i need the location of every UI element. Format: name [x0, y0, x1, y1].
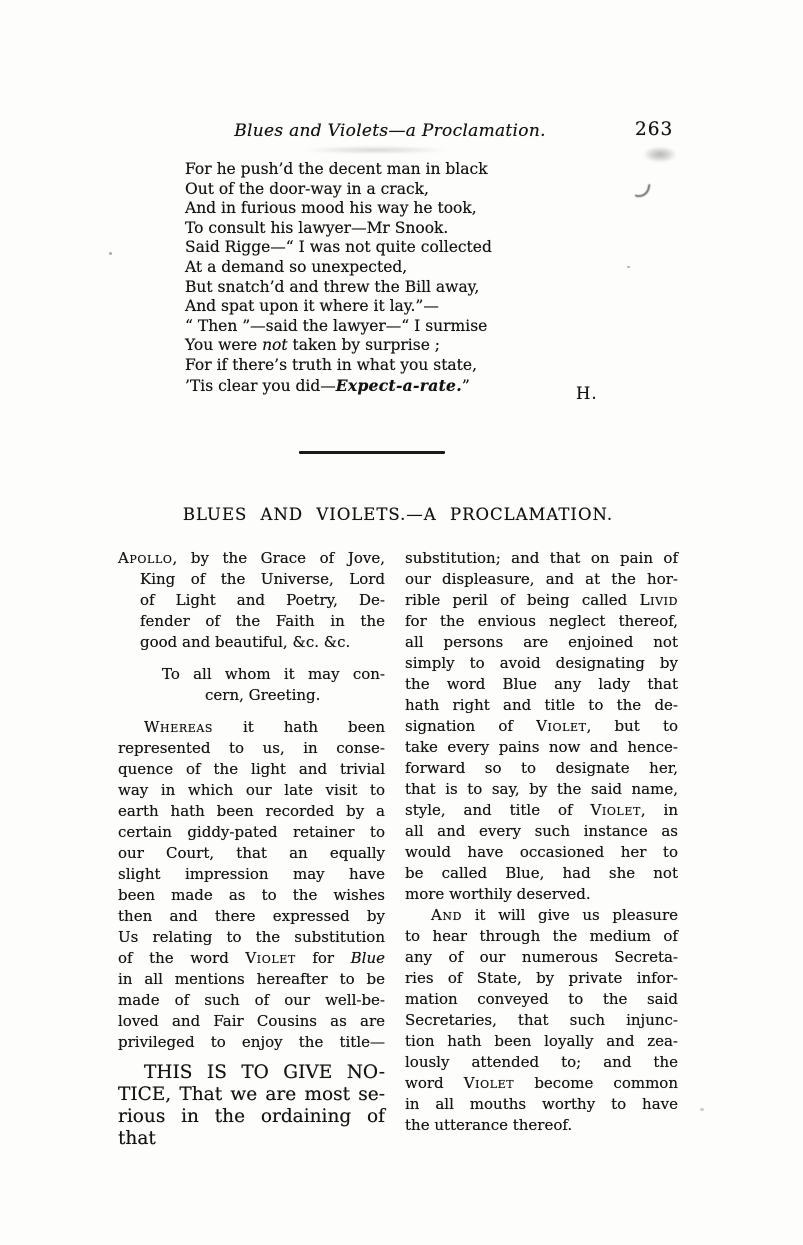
text-line: style, and title of Violet, in: [405, 800, 678, 821]
text-line: To all whom it may con-: [118, 664, 385, 685]
paragraph-notice: THIS IS TO GIVE NO- TICE, That we are mo…: [118, 1062, 385, 1150]
text-line: good and beautiful, &c. &c.: [118, 632, 385, 653]
text-line: certain giddy-pated retainer to: [118, 822, 385, 843]
section-divider-rule: [299, 451, 445, 454]
text-line: take every pains now and hence-: [405, 737, 678, 758]
text-line: THIS IS TO GIVE NO-: [118, 1062, 385, 1084]
scanned-page: Blues and Violets—a Proclamation. 263 Fo…: [0, 0, 803, 1245]
text-line: would have occasioned her to: [405, 842, 678, 863]
poem-attribution: H.: [576, 384, 598, 403]
text-line: been made as to the wishes: [118, 885, 385, 906]
poem-line: At a demand so unexpected,: [185, 258, 615, 278]
text-line: the utterance thereof.: [405, 1115, 678, 1136]
text-line: of Light and Poetry, De-: [118, 590, 385, 611]
text-line: rious in the ordaining of that: [118, 1106, 385, 1150]
text-line: in all mentions hereafter to be: [118, 969, 385, 990]
text-line: simply to avoid designating by: [405, 653, 678, 674]
text-line: Secretaries, that such injunc-: [405, 1010, 678, 1031]
text-line: slight impression may have: [118, 864, 385, 885]
text-line: signation of Violet, but to: [405, 716, 678, 737]
paragraph-whereas: Whereas it hath been represented to us, …: [118, 717, 385, 1053]
text-line: Us relating to the substitution: [118, 927, 385, 948]
left-column: Apollo, by the Grace of Jove, King of th…: [118, 548, 385, 1150]
text-line: then and there expressed by: [118, 906, 385, 927]
text-line: that is to say, by the said name,: [405, 779, 678, 800]
text-line: privileged to enjoy the title—: [118, 1032, 385, 1053]
poem-line: ’Tis clear you did—Expect-a-rate.”: [185, 376, 615, 397]
article-title: BLUES AND VIOLETS.—A PROCLAMATION.: [118, 505, 678, 524]
scan-artifact: [700, 1108, 704, 1111]
text-line: our displeasure, and at the hor-: [405, 569, 678, 590]
text-line: cern, Greeting.: [118, 685, 385, 706]
text-line: earth hath been recorded by a: [118, 801, 385, 822]
text-line: Apollo, by the Grace of Jove,: [118, 548, 385, 569]
article-body: Apollo, by the Grace of Jove, King of th…: [118, 548, 678, 1150]
text-line: And it will give us pleasure: [405, 905, 678, 926]
text-line: our Court, that an equally: [118, 843, 385, 864]
text-line: rible peril of being called Livid: [405, 590, 678, 611]
poem-line: Out of the door-way in a crack,: [185, 180, 615, 200]
scan-artifact: [109, 252, 112, 255]
text-line: in all mouths worthy to have: [405, 1094, 678, 1115]
text-line: made of such of our well-be-: [118, 990, 385, 1011]
text-line: way in which our late visit to: [118, 780, 385, 801]
text-line: to hear through the medium of: [405, 926, 678, 947]
scan-artifact: [300, 146, 450, 154]
poem-line: You were not taken by surprise ;: [185, 336, 615, 356]
text-line: Whereas it hath been: [118, 717, 385, 738]
text-line: for the envious neglect thereof,: [405, 611, 678, 632]
text-line: forward so to designate her,: [405, 758, 678, 779]
text-line: King of the Universe, Lord: [118, 569, 385, 590]
text-line: substitution; and that on pain of: [405, 548, 678, 569]
running-header: Blues and Violets—a Proclamation.: [112, 121, 668, 141]
text-line: mation conveyed to the said: [405, 989, 678, 1010]
text-line: hath right and title to the de-: [405, 695, 678, 716]
text-line: be called Blue, had she not: [405, 863, 678, 884]
text-line: TICE, That we are most se-: [118, 1084, 385, 1106]
text-line: word Violet become common: [405, 1073, 678, 1094]
text-line: of the word Violet for Blue: [118, 948, 385, 969]
text-line: the word Blue any lady that: [405, 674, 678, 695]
text-line: lously attended to; and the: [405, 1052, 678, 1073]
scan-artifact: [635, 182, 651, 199]
poem-line: Said Rigge—“ I was not quite collected: [185, 238, 615, 258]
text-line: all persons are enjoined not: [405, 632, 678, 653]
text-line: fender of the Faith in the: [118, 611, 385, 632]
text-line: ries of State, by private infor-: [405, 968, 678, 989]
scan-artifact: [627, 266, 630, 268]
poem-line: For if there’s truth in what you state,: [185, 356, 615, 376]
text-line: loved and Fair Cousins as are: [118, 1011, 385, 1032]
text-line: represented to us, in conse-: [118, 738, 385, 759]
poem-line: But snatch’d and threw the Bill away,: [185, 278, 615, 298]
page-number: 263: [635, 119, 673, 140]
poem-line: “ Then ”—said the lawyer—“ I surmise: [185, 317, 615, 337]
poem-line: And spat upon it where it lay.”—: [185, 297, 615, 317]
poem-line: And in furious mood his way he took,: [185, 199, 615, 219]
text-line: more worthily deserved.: [405, 884, 678, 905]
paragraph-greeting: To all whom it may con- cern, Greeting.: [118, 664, 385, 706]
text-line: tion hath been loyally and zea-: [405, 1031, 678, 1052]
poem-line: For he push’d the decent man in black: [185, 160, 615, 180]
poem: For he push’d the decent man in black Ou…: [185, 160, 615, 396]
paragraph-salutation: Apollo, by the Grace of Jove, King of th…: [118, 548, 385, 653]
poem-line: To consult his lawyer—Mr Snook.: [185, 219, 615, 239]
scan-artifact: [644, 147, 676, 162]
text-line: quence of the light and trivial: [118, 759, 385, 780]
right-column: substitution; and that on pain of our di…: [405, 548, 678, 1150]
text-line: all and every such instance as: [405, 821, 678, 842]
text-line: any of our numerous Secreta-: [405, 947, 678, 968]
